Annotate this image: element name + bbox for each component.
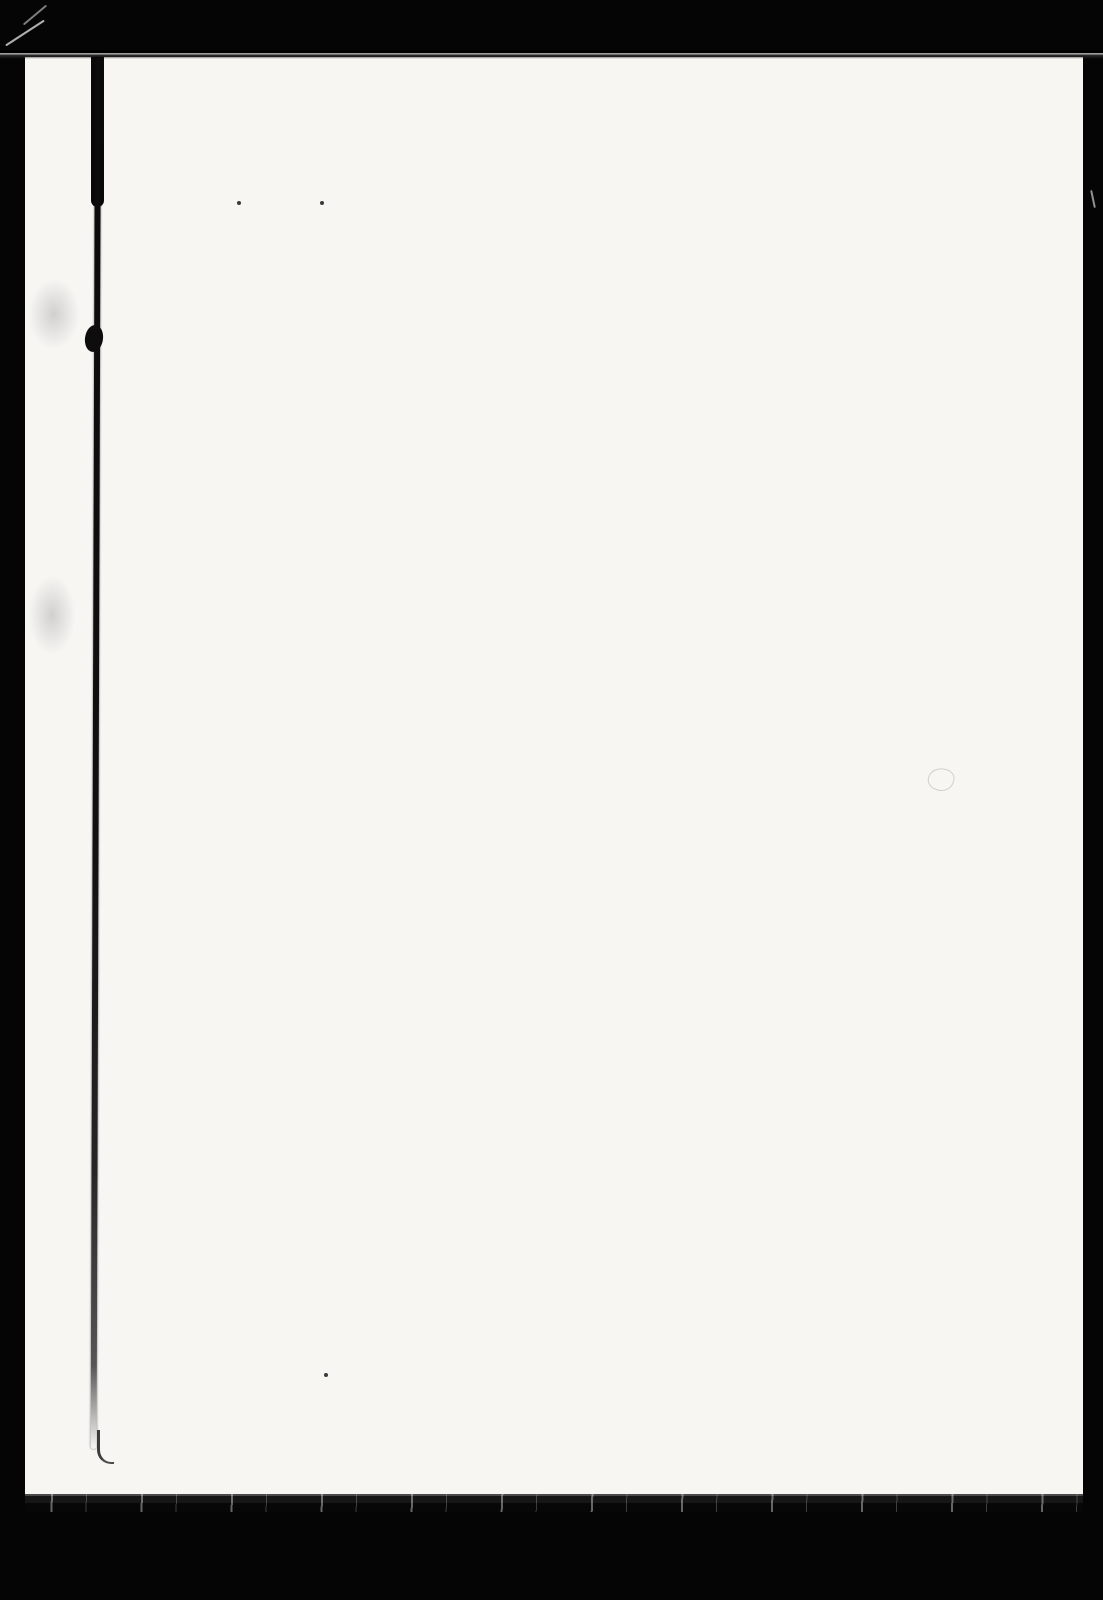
scratch-mark [23,5,47,26]
scratch-mark [1090,190,1096,208]
ink-speck [320,201,324,205]
ink-speck [237,201,241,205]
typed-lines [165,322,995,1382]
paper-smudge [28,575,76,655]
paper-smudge [28,278,80,350]
top-edge-band [0,50,1103,59]
crease-hook [97,1430,114,1464]
bottom-edge-band [25,1494,1083,1512]
scanned-document [0,0,1103,1600]
